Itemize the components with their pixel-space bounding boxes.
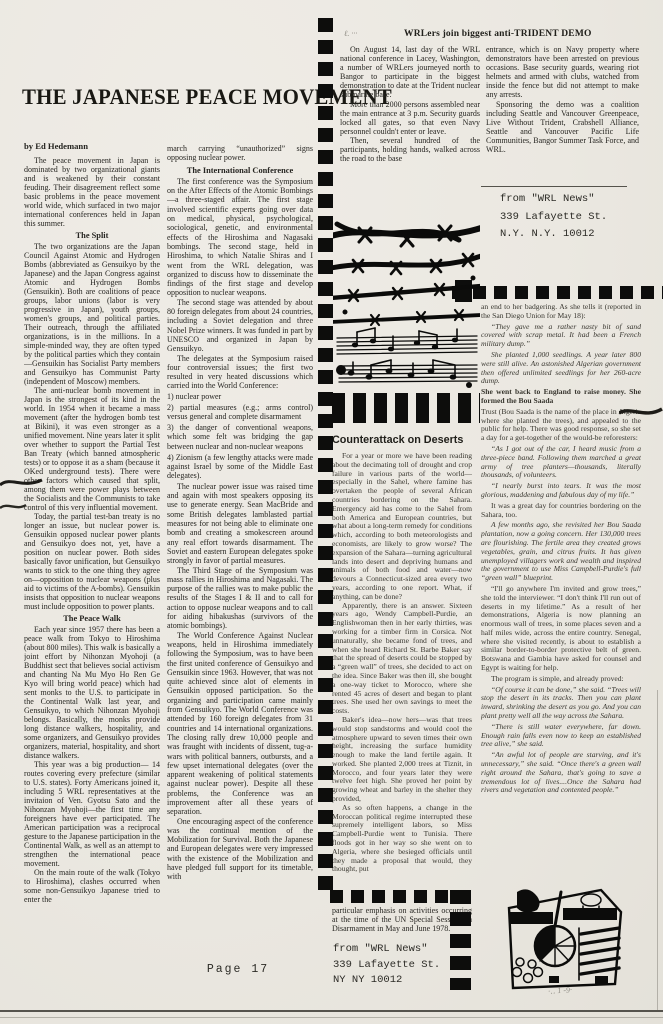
text-block: She planted 1,000 seedlings. A year late…	[481, 351, 641, 386]
japan-article-column-2: march carrying “unauthorized” signs oppo…	[167, 144, 313, 968]
page-number: Page 17	[168, 963, 308, 976]
text-block: 4) Zionism (a few lengthy attacks were m…	[167, 453, 313, 481]
text-block: For a year or more we have been reading …	[332, 452, 472, 602]
text-block: The International Conference	[167, 166, 313, 175]
page-title: THE JAPANESE PEACE MOVEMENT	[22, 84, 318, 110]
text-block: The first conference was the Symposium o…	[167, 177, 313, 298]
text-block: “As I got out of the car, I heard music …	[481, 445, 641, 480]
text-block: As so often happens, a change in the Mor…	[332, 804, 472, 874]
text-block: The two organizations are the Japan Coun…	[24, 242, 160, 386]
text-block: It was a great day for countries borderi…	[481, 502, 641, 520]
text-block: “I nearly burst into tears. It was the m…	[481, 482, 641, 500]
japan-article-column-1: The peace movement in Japan is dominated…	[24, 156, 160, 956]
text-block: Then, several hundred of the participant…	[340, 136, 480, 163]
text-block: More than 2000 persons assembled near th…	[340, 100, 480, 136]
byline: by Ed Hedemann	[24, 141, 88, 151]
trident-article-column-1: On August 14, last day of the WRL nation…	[340, 45, 480, 223]
text-block: The second stage was attended by about 8…	[167, 298, 313, 354]
handwritten-scribble: ·‥ 1 -9·	[548, 985, 573, 996]
text-block: Baker's idea—now hers—was that trees wou…	[332, 716, 472, 804]
ink-scribble-right	[619, 404, 663, 420]
text-block: “Of course it can be done,” she said. “T…	[481, 686, 641, 721]
filmstrip-strip-vertical-bottom	[450, 890, 471, 990]
text-block: from "WRL News"	[500, 191, 607, 209]
page-bottom-edge-shadow	[0, 1017, 663, 1018]
wrl-news-credit-bottom: from "WRL News"339 Lafayette St.NY NY 10…	[333, 942, 440, 989]
text-block: N.Y. N.Y. 10012	[500, 226, 607, 244]
credit-divider-rule	[481, 186, 627, 187]
text-block: The Split	[24, 231, 160, 240]
desert-article-heading: Counterattack on Deserts	[332, 434, 463, 446]
text-block: entrance, which is on Navy property wher…	[486, 45, 639, 100]
text-block: Each year since 1957 there has been a pe…	[24, 625, 160, 760]
text-block: Apparently, there is an answer. Sixteen …	[332, 602, 472, 716]
text-block: 1) nuclear power	[167, 392, 313, 401]
trident-article-column-2: entrance, which is on Navy property wher…	[486, 45, 639, 195]
page-bottom-edge	[0, 1010, 663, 1015]
text-block: “An awful lot of people are starving, an…	[481, 751, 641, 795]
text-block: Sponsoring the demo was a coalition incl…	[486, 100, 639, 155]
scanned-newsletter-page: THE JAPANESE PEACE MOVEMENT by Ed Hedema…	[0, 0, 663, 1024]
text-block: “There is still water everywhere, far do…	[481, 723, 641, 749]
text-block: 2) partial measures (e.g.; arms control)…	[167, 403, 313, 422]
desert-oasis-drawing	[503, 884, 625, 992]
filmstrip-strip-horizontal-right	[452, 286, 663, 299]
text-block: The program is simple, and already prove…	[481, 675, 641, 684]
text-block: The Third Stage of the Symposium was mas…	[167, 566, 313, 631]
ink-scribble-left-small	[0, 500, 28, 512]
text-block: march carrying “unauthorized” signs oppo…	[167, 144, 313, 163]
text-block: The World Conference Against Nuclear wea…	[167, 631, 313, 817]
page-right-edge	[657, 690, 658, 1010]
text-block: Trust (Bou Saada is the name of the plac…	[481, 408, 641, 443]
text-block: On the main route of the walk (Tokyo to …	[24, 868, 160, 904]
filmstrip-strip-vertical	[318, 18, 333, 890]
text-block: A few months ago, she revisited her Bou …	[481, 521, 641, 583]
text-block: This year was a big production— 14 route…	[24, 760, 160, 868]
filmstrip-strip-horizontal-middle	[332, 393, 480, 423]
text-block: The Peace Walk	[24, 614, 160, 623]
text-block: The nuclear power issue was raised time …	[167, 482, 313, 566]
wrl-news-credit-top: from "WRL News"339 Lafayette St.N.Y. N.Y…	[500, 191, 607, 244]
text-block: The delegates at the Symposium raised fo…	[167, 354, 313, 391]
barbed-wire-music-art	[333, 220, 480, 392]
text-block: from "WRL News"	[333, 942, 440, 958]
text-block: The peace movement in Japan is dominated…	[24, 156, 160, 228]
text-block: an end to her badgering. As she tells it…	[481, 303, 641, 321]
text-block: One encouraging aspect of the conference…	[167, 817, 313, 882]
text-block: 339 Lafayette St.	[333, 958, 440, 974]
text-block: The anti-nuclear bomb movement in Japan …	[24, 386, 160, 512]
text-block: NY NY 10012	[333, 973, 440, 989]
text-block: “I'll go anywhere I'm invited and grow t…	[481, 585, 641, 673]
handwritten-margin-marks: ℓ. ···	[344, 29, 357, 38]
text-block: Today, the partial test-ban treaty is no…	[24, 512, 160, 611]
text-block: “They gave me a rather nasty bit of sand…	[481, 323, 641, 349]
trident-article-headline: WRLers join biggest anti-TRIDENT DEMO	[404, 28, 592, 39]
desert-article-column-2: an end to her badgering. As she tells it…	[481, 303, 641, 885]
text-block: She went back to England to raise money.…	[481, 388, 641, 406]
text-block: On August 14, last day of the WRL nation…	[340, 45, 480, 100]
text-block: 3) the danger of conventional weapons, w…	[167, 423, 313, 451]
text-block: 339 Lafayette St.	[500, 209, 607, 227]
ink-scribble-left	[0, 474, 44, 490]
desert-article-column-1: For a year or more we have been reading …	[332, 452, 472, 892]
